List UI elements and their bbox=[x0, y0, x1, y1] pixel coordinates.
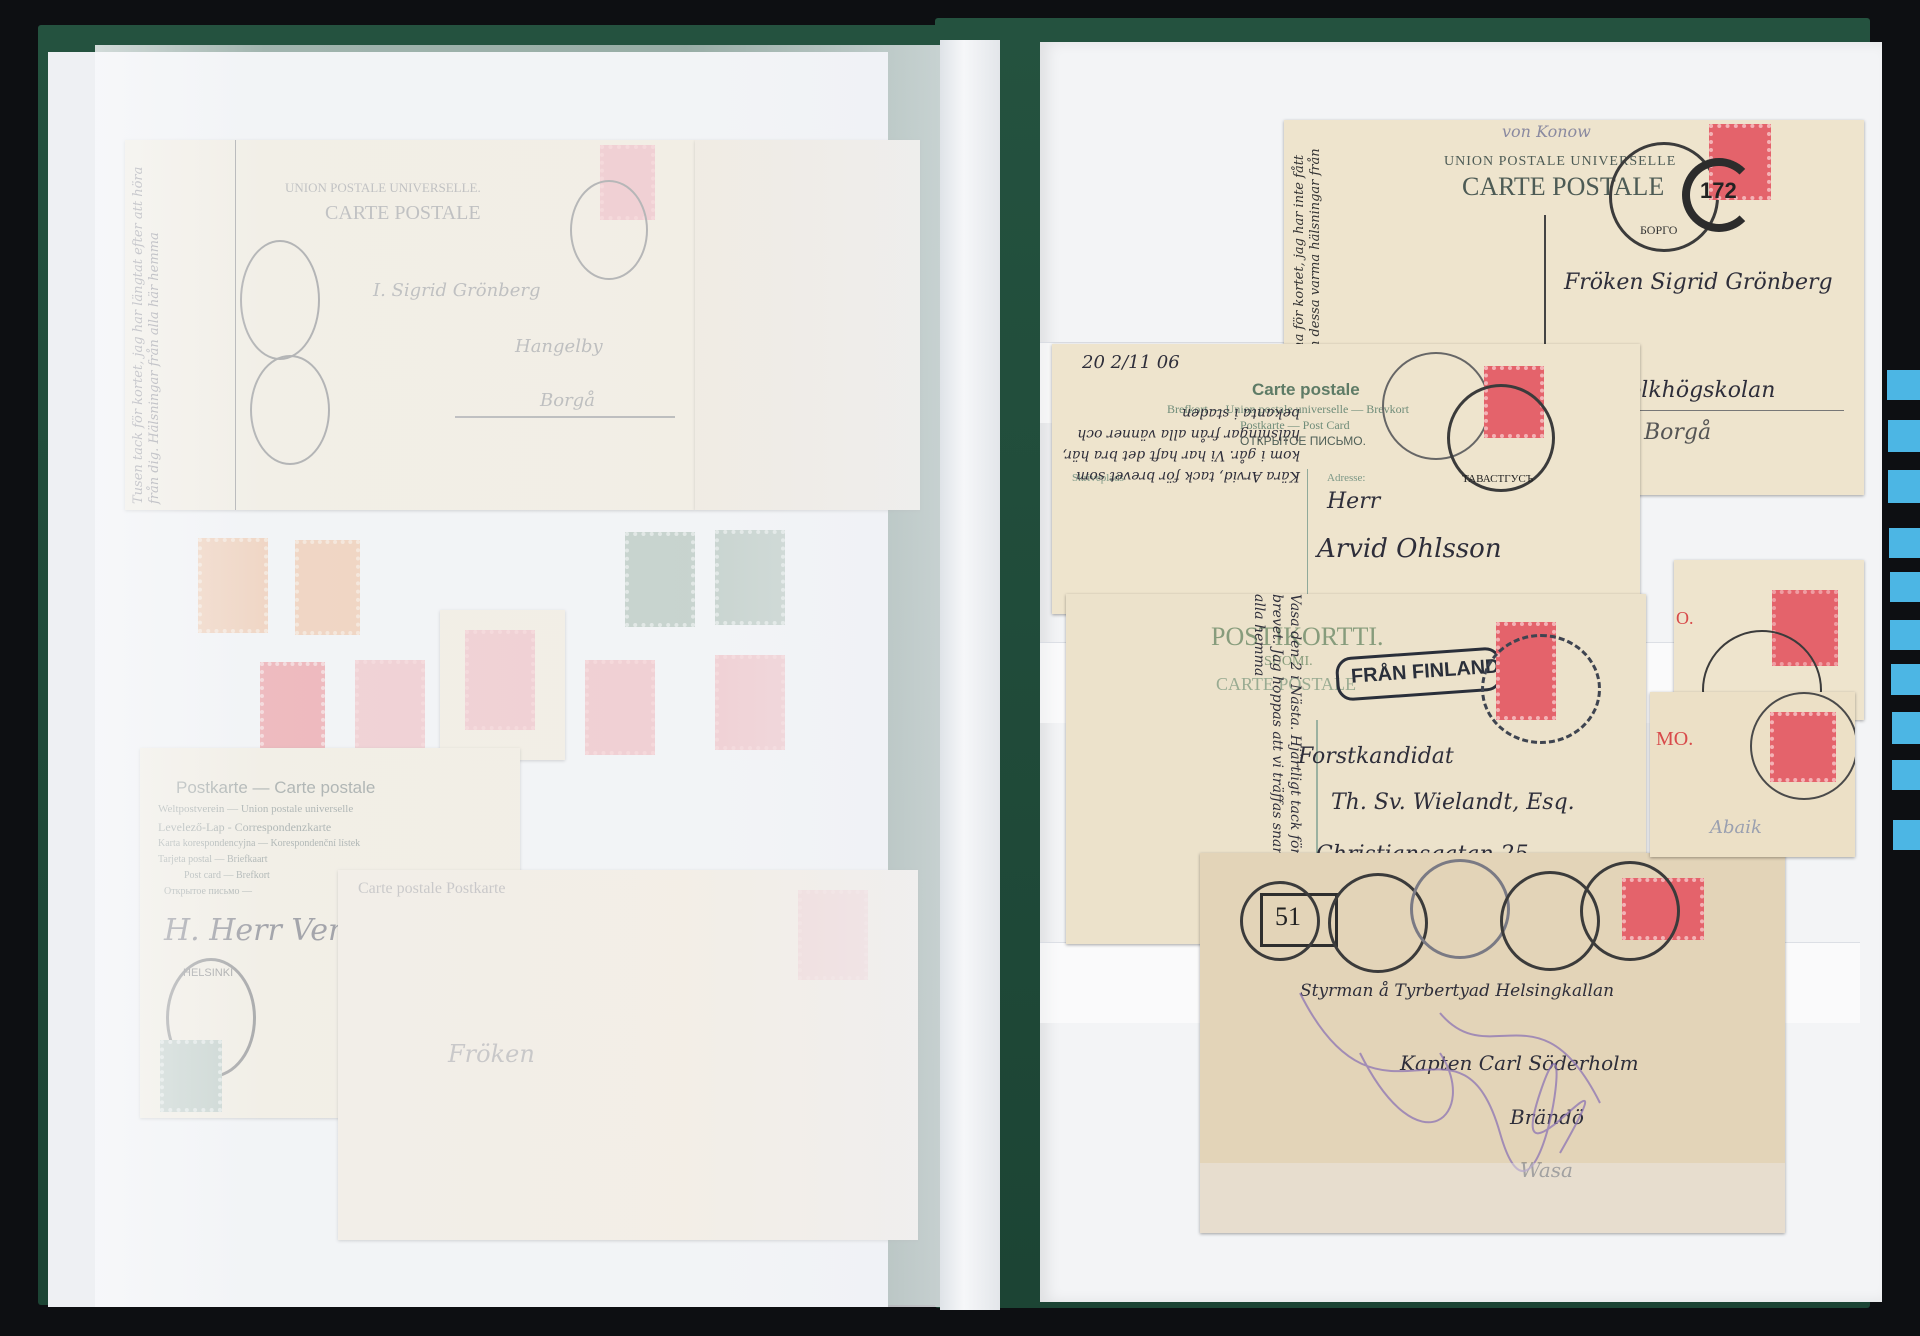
pocket-strip bbox=[1200, 1163, 1785, 1233]
address-label: Adresse: bbox=[1327, 472, 1366, 484]
message-text: Kära Arvid, tack för brevet som kom i gå… bbox=[1060, 402, 1300, 486]
index-tab[interactable] bbox=[1892, 760, 1920, 790]
postmark-kimito bbox=[1580, 861, 1680, 961]
index-tab[interactable] bbox=[1888, 420, 1920, 452]
card-title: Carte postale bbox=[1252, 380, 1360, 400]
index-tab[interactable] bbox=[1890, 572, 1920, 602]
postmark-tammerfors bbox=[1750, 692, 1855, 800]
index-tab[interactable] bbox=[1892, 712, 1920, 744]
address-line-1: Forstkandidat bbox=[1298, 744, 1454, 769]
address-line-1: Herr bbox=[1327, 489, 1380, 514]
pencil-note: Abaik bbox=[1710, 817, 1762, 838]
divider bbox=[1544, 215, 1546, 355]
address-line-3: Borgå bbox=[1644, 420, 1711, 445]
postmark-ank bbox=[1481, 634, 1601, 744]
date-note: 20 2/11 06 bbox=[1082, 352, 1180, 373]
address-line-1: Fröken Sigrid Grönberg bbox=[1564, 270, 1833, 295]
address-line-2: Th. Sv. Wielandt, Esq. bbox=[1331, 790, 1575, 815]
index-tab[interactable] bbox=[1893, 820, 1920, 850]
index-tab[interactable] bbox=[1890, 620, 1920, 650]
index-tab[interactable] bbox=[1891, 664, 1920, 695]
glassine-card-window bbox=[125, 140, 235, 510]
cancel-172: 172 bbox=[1682, 158, 1756, 232]
postmark-circle bbox=[1240, 881, 1320, 961]
cachet-fran-finland: FRÅN FINLAND bbox=[1335, 646, 1504, 701]
postmark-helsingfors bbox=[1410, 859, 1510, 959]
address-line-2: Arvid Ohlsson bbox=[1317, 534, 1502, 564]
spine-fold bbox=[940, 40, 1000, 1310]
index-tab[interactable] bbox=[1887, 370, 1920, 400]
cut-square-bottom[interactable]: MO. Abaik bbox=[1650, 692, 1855, 857]
divider bbox=[1307, 469, 1308, 609]
index-tab[interactable] bbox=[1888, 470, 1920, 503]
postcard-tavastehus[interactable]: 20 2/11 06 Carte postale Brefkort — Unio… bbox=[1052, 344, 1640, 614]
postmark-tavastehus: ТАВАСТГУСЪ bbox=[1447, 384, 1555, 492]
handwritten-note: von Konow bbox=[1502, 122, 1591, 141]
index-tab[interactable] bbox=[1889, 528, 1920, 558]
purple-scribble bbox=[1240, 953, 1720, 1193]
postcard-brando[interactable]: 51 Styrman å Tyrbertyad Helsingkallan Ka… bbox=[1200, 853, 1785, 1233]
